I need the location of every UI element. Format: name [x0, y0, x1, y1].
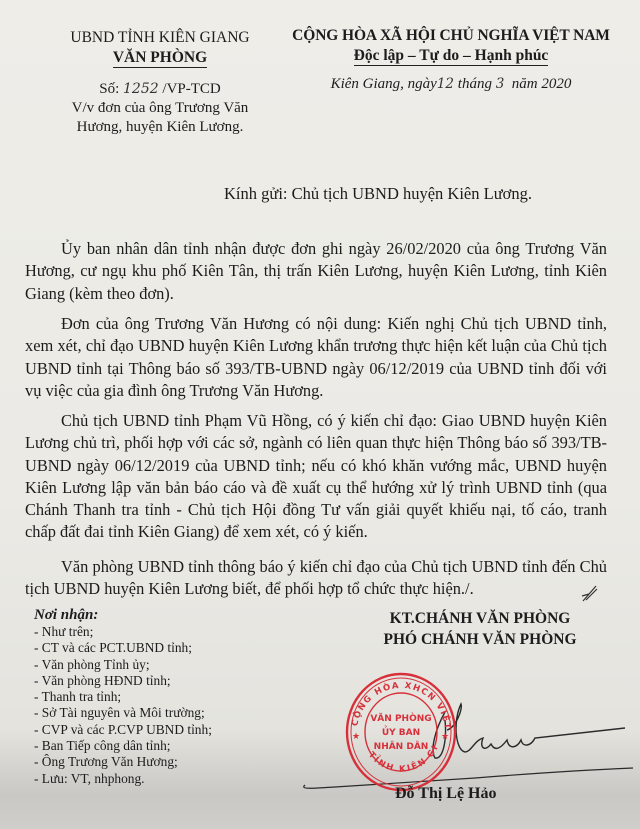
date-year: năm 2020	[512, 76, 572, 92]
recipient-item: - Sở Tài nguyên và Môi trường;	[34, 705, 274, 721]
recipient-item: - Lưu: VT, nhphong.	[34, 771, 274, 787]
doc-number-suffix: /VP-TCD	[162, 81, 220, 97]
paragraph-4: Văn phòng UBND tỉnh thông báo ý kiến chỉ…	[25, 556, 607, 601]
paragraph-2: Đơn của ông Trương Văn Hương có nội dung…	[25, 313, 607, 402]
signer-name: Đỗ Thị Lệ Hảo	[395, 785, 497, 803]
recipient-item: - CVP và các P.CVP UBND tỉnh;	[34, 722, 274, 738]
subject-line-1: V/v đơn của ông Trương Văn	[40, 99, 280, 118]
stamp-star-left-icon: ★	[352, 731, 360, 741]
recipients-list: Nơi nhận: - Như trên; - CT và các PCT.UB…	[34, 606, 274, 787]
signature-title-1: KT.CHÁNH VĂN PHÒNG	[340, 608, 620, 629]
salutation: Kính gửi: Chủ tịch UBND huyện Kiên Lương…	[224, 184, 532, 204]
organization-name: UBND TỈNH KIÊN GIANG	[40, 28, 280, 48]
date-prefix: Kiên Giang, ngày	[331, 76, 437, 92]
paragraph-3: Chủ tịch UBND tỉnh Phạm Vũ Hồng, có ý ki…	[25, 410, 607, 544]
stamp-inner-3: NHÂN DÂN	[374, 740, 429, 752]
recipients-title: Nơi nhận:	[34, 606, 274, 624]
document-number-block: Số: 1252 /VP-TCD V/v đơn của ông Trương …	[40, 80, 280, 137]
date-line: Kiên Giang, ngày12 tháng 3 năm 2020	[262, 76, 640, 93]
recipient-item: - Văn phòng Tỉnh ủy;	[34, 657, 274, 673]
nation-name: CỘNG HÒA XÃ HỘI CHỦ NGHĨA VIỆT NAM	[262, 26, 640, 46]
recipient-item: - Văn phòng HĐND tỉnh;	[34, 673, 274, 689]
stamp-inner-2: ỦY BAN	[382, 725, 420, 738]
recipient-item: - Như trên;	[34, 624, 274, 640]
doc-number-handwritten: 1252	[123, 81, 159, 97]
signature-title: KT.CHÁNH VĂN PHÒNG PHÓ CHÁNH VĂN PHÒNG	[340, 608, 620, 650]
issuing-authority: UBND TỈNH KIÊN GIANG VĂN PHÒNG	[40, 28, 280, 68]
department-name: VĂN PHÒNG	[113, 49, 207, 68]
handwritten-initial-mark	[580, 582, 600, 604]
subject-line-2: Hương, huyện Kiên Lương.	[40, 118, 280, 137]
recipient-item: - Ban Tiếp công dân tỉnh;	[34, 738, 274, 754]
date-day: 12	[437, 76, 454, 92]
recipient-item: - Thanh tra tỉnh;	[34, 689, 274, 705]
paragraph-1: Ủy ban nhân dân tỉnh nhận được đơn ghi n…	[25, 238, 607, 305]
official-seal-stamp: CỘNG HÒA XHCN VIỆT NAM TỈNH KIÊN GIANG ★…	[343, 668, 458, 796]
date-month-label: tháng	[458, 76, 492, 92]
national-header: CỘNG HÒA XÃ HỘI CHỦ NGHĨA VIỆT NAM Độc l…	[262, 26, 640, 66]
stamp-inner-1: VĂN PHÒNG	[370, 712, 431, 724]
recipient-item: - Ông Trương Văn Hương;	[34, 754, 274, 770]
doc-number-prefix: Số:	[99, 81, 119, 97]
signature-title-2: PHÓ CHÁNH VĂN PHÒNG	[340, 629, 620, 650]
national-motto: Độc lập – Tự do – Hạnh phúc	[354, 47, 549, 66]
recipient-item: - CT và các PCT.UBND tỉnh;	[34, 640, 274, 656]
date-month: 3	[496, 76, 505, 92]
stamp-star-right-icon: ★	[441, 731, 449, 741]
